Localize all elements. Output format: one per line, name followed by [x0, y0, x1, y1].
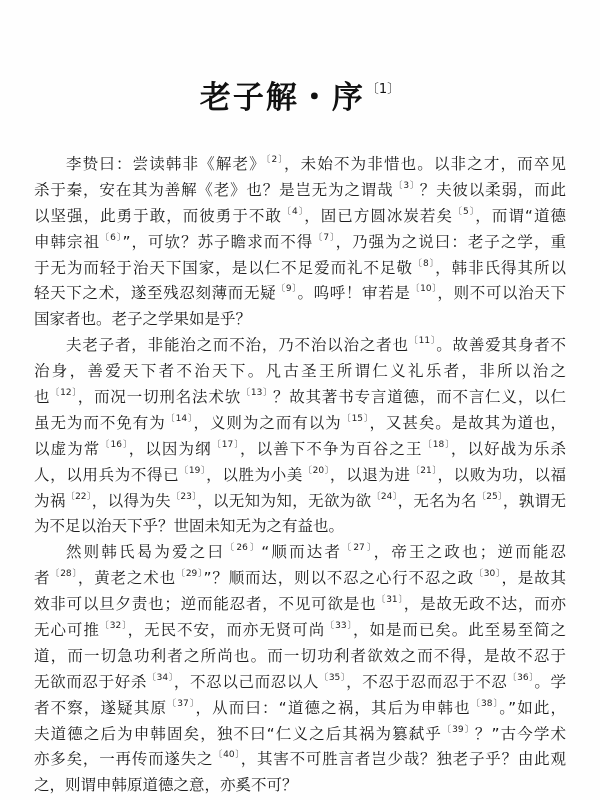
paragraph-3-line: 无心可推〔32〕，无民不安，而亦无贤可尚〔33〕，如是而已矣。此至易至简之	[34, 618, 566, 644]
text-segment: ，无民不安，而亦无贤可尚	[128, 621, 326, 639]
text-segment: ，不忍于忍而忍于不忍	[346, 673, 507, 691]
footnote-marker: 〔15〕	[342, 414, 370, 424]
text-segment: ？故其著书专言道德，而不言仁义，以仁	[273, 388, 566, 406]
footnote-marker: 〔7〕	[313, 233, 335, 243]
text-segment: 为不足以治天下乎？世固未知无为之有益也。	[34, 517, 344, 535]
paragraph-3-line: 然则韩氏曷为爱之曰〔26〕“顺而达者〔27〕，帝王之政也；逆而能忍	[34, 540, 566, 566]
text-segment: ，从而曰：“道德之祸，其后为申韩也	[195, 699, 470, 717]
footnote-marker: 〔19〕	[179, 466, 206, 476]
paragraph-3-line: 者不察，遂疑其原〔37〕，从而曰：“道德之祸，其后为申韩也〔38〕。”如此，	[34, 696, 566, 722]
paragraph-1-line: 杀于秦，安在其为善解《老》也？是岂无为之谓哉〔3〕？夫彼以柔弱，而此	[34, 178, 566, 204]
text-segment: ，孰谓无	[503, 492, 566, 510]
paragraph-2-line: 虽无为而不免有为〔14〕，义则为之而有以为〔15〕，又甚矣。是故其为道也，	[34, 411, 566, 437]
text-segment: 轻天下之术，遂至残忍刻薄而无疑	[34, 284, 276, 302]
paragraph-3-line: 无欲而忍于好杀〔34〕，不忍以己而忍以人〔35〕，不忍于忍而忍于不忍〔36〕。学	[34, 670, 566, 696]
paragraph-2-line: 为不足以治天下乎？世固未知无为之有益也。	[34, 514, 566, 540]
text-segment: ，则不可以治天下	[437, 284, 566, 302]
text-segment: ，是故无政不达，而亦	[404, 595, 566, 613]
footnote-marker: 〔17〕	[212, 440, 240, 450]
footnote-marker: 〔37〕	[167, 699, 195, 709]
text-segment: 以虚为常	[34, 440, 100, 458]
text-segment: 。学	[534, 673, 566, 691]
text-segment: 人，以用兵为不得已	[34, 466, 179, 484]
text-segment: 效非可以旦夕责也；逆而能忍者，不见可欲是也	[34, 595, 376, 613]
paragraph-3-line: 亦多矣，一再传而遂失之〔40〕，其害不可胜言者岂少哉？独老子乎？由此观	[34, 747, 566, 773]
paragraph-2-line: 夫老子者，非能治之而不治，乃不治以治之者也〔11〕。故善爱其身者不	[34, 333, 566, 359]
paragraph-3-line: 之，则谓申韩原道德之意，亦奚不可？	[34, 773, 566, 799]
footnote-marker: 〔8〕	[413, 259, 435, 269]
text-segment: 者	[34, 569, 50, 587]
footnote-marker: 〔38〕	[471, 699, 499, 709]
text-segment: ，韩非氏得其所以	[435, 259, 566, 277]
footnote-marker: 〔3〕	[394, 181, 420, 191]
text-segment: ，以得为失	[92, 492, 171, 510]
text-segment: ，以退为进	[330, 466, 411, 484]
text-segment: ，而谓“道德	[475, 207, 566, 225]
footnote-marker: 〔12〕	[50, 388, 77, 398]
footnote-marker: 〔34〕	[147, 673, 174, 683]
text-segment: 也	[34, 388, 50, 406]
text-segment: 于无为而轻于治天下国家，是以仁不足爱而礼不足敬	[34, 259, 413, 277]
paragraph-1-line: 于无为而轻于治天下国家，是以仁不足爱而礼不足敬〔8〕，韩非氏得其所以	[34, 256, 566, 282]
text-segment: ，黄老之术也	[78, 569, 176, 587]
footnote-marker: 〔2〕	[266, 155, 284, 165]
page-title: 老子解・序〔1〕	[0, 72, 600, 117]
paragraph-3-line: 效非可以旦夕责也；逆而能忍者，不见可欲是也〔31〕，是故无政不达，而亦	[34, 592, 566, 618]
text-segment: 无心可推	[34, 621, 100, 639]
text-segment: ，乃强为之说曰：老子之学，重	[336, 233, 566, 251]
document-page: 老子解・序〔1〕 李贽曰：尝读韩非《解老》〔2〕，未始不为非惜也。以非之才，而卒…	[0, 0, 600, 800]
text-segment: ，帝王之政也；逆而能忍	[374, 543, 566, 561]
paragraph-1-line: 国家者也。老子之学果如是乎？	[34, 307, 566, 333]
footnote-marker: 〔16〕	[100, 440, 128, 450]
footnote-marker: 〔11〕	[409, 336, 436, 346]
text-segment: ，又甚矣。是故其为道也，	[369, 414, 566, 432]
text-segment: ，不忍以己而忍以人	[174, 673, 319, 691]
footnote-marker: 〔9〕	[276, 284, 297, 294]
text-segment: 亦多矣，一再传而遂失之	[34, 750, 213, 768]
text-segment: ，无名为名	[398, 492, 477, 510]
text-segment: 申韩宗祖	[34, 233, 100, 251]
text-segment: 杀于秦，安在其为善解《老》也？是岂无为之谓哉	[34, 181, 394, 199]
footnote-marker: 〔25〕	[477, 492, 503, 502]
text-segment: ，未始不为非惜也。以非之才，而卒见	[284, 155, 566, 173]
text-segment: ，义则为之而有以为	[194, 414, 342, 432]
title-text: 老子解・序	[200, 80, 365, 116]
text-segment: 为祸	[34, 492, 66, 510]
title-footnote-marker: 〔1〕	[366, 82, 400, 97]
text-segment: 道，而一切急功利者之所尚也。而一切功利者欲效之而不得，是故不忍于	[34, 647, 566, 665]
footnote-marker: 〔14〕	[166, 414, 194, 424]
paragraph-2-line: 治身，善爱天下者不治天下。凡古圣王所谓仁义礼乐者，非所以治之	[34, 359, 566, 385]
text-segment: ”，可欤？苏子瞻求而不得	[122, 233, 313, 251]
footnote-marker: 〔40〕	[213, 750, 240, 760]
paragraph-2-line: 以虚为常〔16〕，以因为纲〔17〕，以善下不争为百谷之王〔18〕，以好战为乐杀	[34, 437, 566, 463]
footnote-marker: 〔26〕	[225, 543, 261, 553]
text-segment: 。故善爱其身者不	[436, 336, 566, 354]
text-segment: ，以败为功，以福	[438, 466, 567, 484]
text-segment: ，固已方圆冰炭若矣	[304, 207, 453, 225]
footnote-marker: 〔4〕	[282, 207, 304, 217]
text-segment: 。呜呼！审若是	[297, 284, 410, 302]
footnote-marker: 〔29〕	[176, 569, 204, 579]
text-segment: 。”如此，	[499, 699, 566, 717]
paragraph-3-line: 道，而一切急功利者之所尚也。而一切功利者欲效之而不得，是故不忍于	[34, 644, 566, 670]
text-segment: ，以胜为小美	[206, 466, 303, 484]
footnote-marker: 〔36〕	[507, 673, 534, 683]
text-segment: ，以好战为乐杀	[451, 440, 566, 458]
footnote-marker: 〔24〕	[372, 492, 398, 502]
paragraph-1-line: 以坚强，此勇于敢，而彼勇于不敢〔4〕，固已方圆冰炭若矣〔5〕，而谓“道德	[34, 204, 566, 230]
paragraph-1-line: 申韩宗祖〔6〕”，可欤？苏子瞻求而不得〔7〕，乃强为之说曰：老子之学，重	[34, 230, 566, 256]
paragraph-1-line: 轻天下之术，遂至残忍刻薄而无疑〔9〕。呜呼！审若是〔10〕，则不可以治天下	[34, 281, 566, 307]
text-segment: 李贽曰：尝读韩非《解老》	[66, 155, 266, 173]
footnote-marker: 〔39〕	[442, 725, 475, 735]
footnote-marker: 〔21〕	[411, 466, 438, 476]
footnote-marker: 〔28〕	[50, 569, 78, 579]
paragraph-2-line: 为祸〔22〕，以得为失〔23〕，以无知为知，无欲为欲〔24〕，无名为名〔25〕，…	[34, 489, 566, 515]
text-segment: ，是故其	[501, 569, 566, 587]
text-segment: 夫道德之后为申韩固矣，独不曰“仁义之后其祸为篡弑乎	[34, 725, 442, 743]
text-segment: 之，则谓申韩原道德之意，亦奚不可？	[34, 776, 298, 794]
text-segment: ？夫彼以柔弱，而此	[420, 181, 566, 199]
footnote-marker: 〔27〕	[342, 543, 374, 553]
text-segment: ”？顺而达，则以不忍之心行不忍之政	[203, 569, 473, 587]
footnote-marker: 〔35〕	[319, 673, 346, 683]
text-segment: 治身，善爱天下者不治天下。凡古圣王所谓仁义礼乐者，非所以治之	[34, 362, 566, 380]
footnote-marker: 〔6〕	[100, 233, 122, 243]
footnote-marker: 〔22〕	[66, 492, 92, 502]
paragraph-1-line: 李贽曰：尝读韩非《解老》〔2〕，未始不为非惜也。以非之才，而卒见	[34, 152, 566, 178]
footnote-marker: 〔18〕	[423, 440, 451, 450]
footnote-marker: 〔5〕	[453, 207, 475, 217]
paragraph-2-line: 人，以用兵为不得已〔19〕，以胜为小美〔20〕，以退为进〔21〕，以败为功，以福	[34, 463, 566, 489]
footnote-marker: 〔30〕	[474, 569, 502, 579]
footnote-marker: 〔31〕	[376, 595, 403, 605]
text-segment: ？”古今学术	[475, 725, 566, 743]
text-segment: ，以无知为知，无欲为欲	[197, 492, 371, 510]
text-segment: 以坚强，此勇于敢，而彼勇于不敢	[34, 207, 282, 225]
footnote-marker: 〔10〕	[411, 284, 438, 294]
paragraph-3-line: 者〔28〕，黄老之术也〔29〕”？顺而达，则以不忍之心行不忍之政〔30〕，是故其	[34, 566, 566, 592]
paragraph-3-line: 夫道德之后为申韩固矣，独不曰“仁义之后其祸为篡弑乎〔39〕？”古今学术	[34, 722, 566, 748]
footnote-marker: 〔23〕	[171, 492, 197, 502]
text-segment: ，而况一切刑名法术欤	[78, 388, 241, 406]
text-segment: ，如是而已矣。此至易至简之	[353, 621, 566, 639]
text-segment: 国家者也。老子之学果如是乎？	[34, 310, 251, 328]
text-segment: ，以善下不争为百谷之王	[240, 440, 423, 458]
text-segment: 虽无为而不免有为	[34, 414, 166, 432]
paragraph-2-line: 也〔12〕，而况一切刑名法术欤〔13〕？故其著书专言道德，而不言仁义，以仁	[34, 385, 566, 411]
text-segment: 无欲而忍于好杀	[34, 673, 147, 691]
footnote-marker: 〔33〕	[325, 621, 353, 631]
text-segment: 夫老子者，非能治之而不治，乃不治以治之者也	[66, 336, 409, 354]
text-segment: ，以因为纲	[129, 440, 212, 458]
footnote-marker: 〔20〕	[303, 466, 330, 476]
text-segment: ，其害不可胜言者岂少哉？独老子乎？由此观	[241, 750, 566, 768]
footnote-marker: 〔13〕	[241, 388, 273, 398]
text-segment: 者不察，遂疑其原	[34, 699, 167, 717]
footnote-marker: 〔32〕	[100, 621, 128, 631]
preface-body: 李贽曰：尝读韩非《解老》〔2〕，未始不为非惜也。以非之才，而卒见杀于秦，安在其为…	[34, 152, 566, 799]
text-segment: 然则韩氏曷为爱之曰	[66, 543, 225, 561]
text-segment: “顺而达者	[261, 543, 342, 561]
